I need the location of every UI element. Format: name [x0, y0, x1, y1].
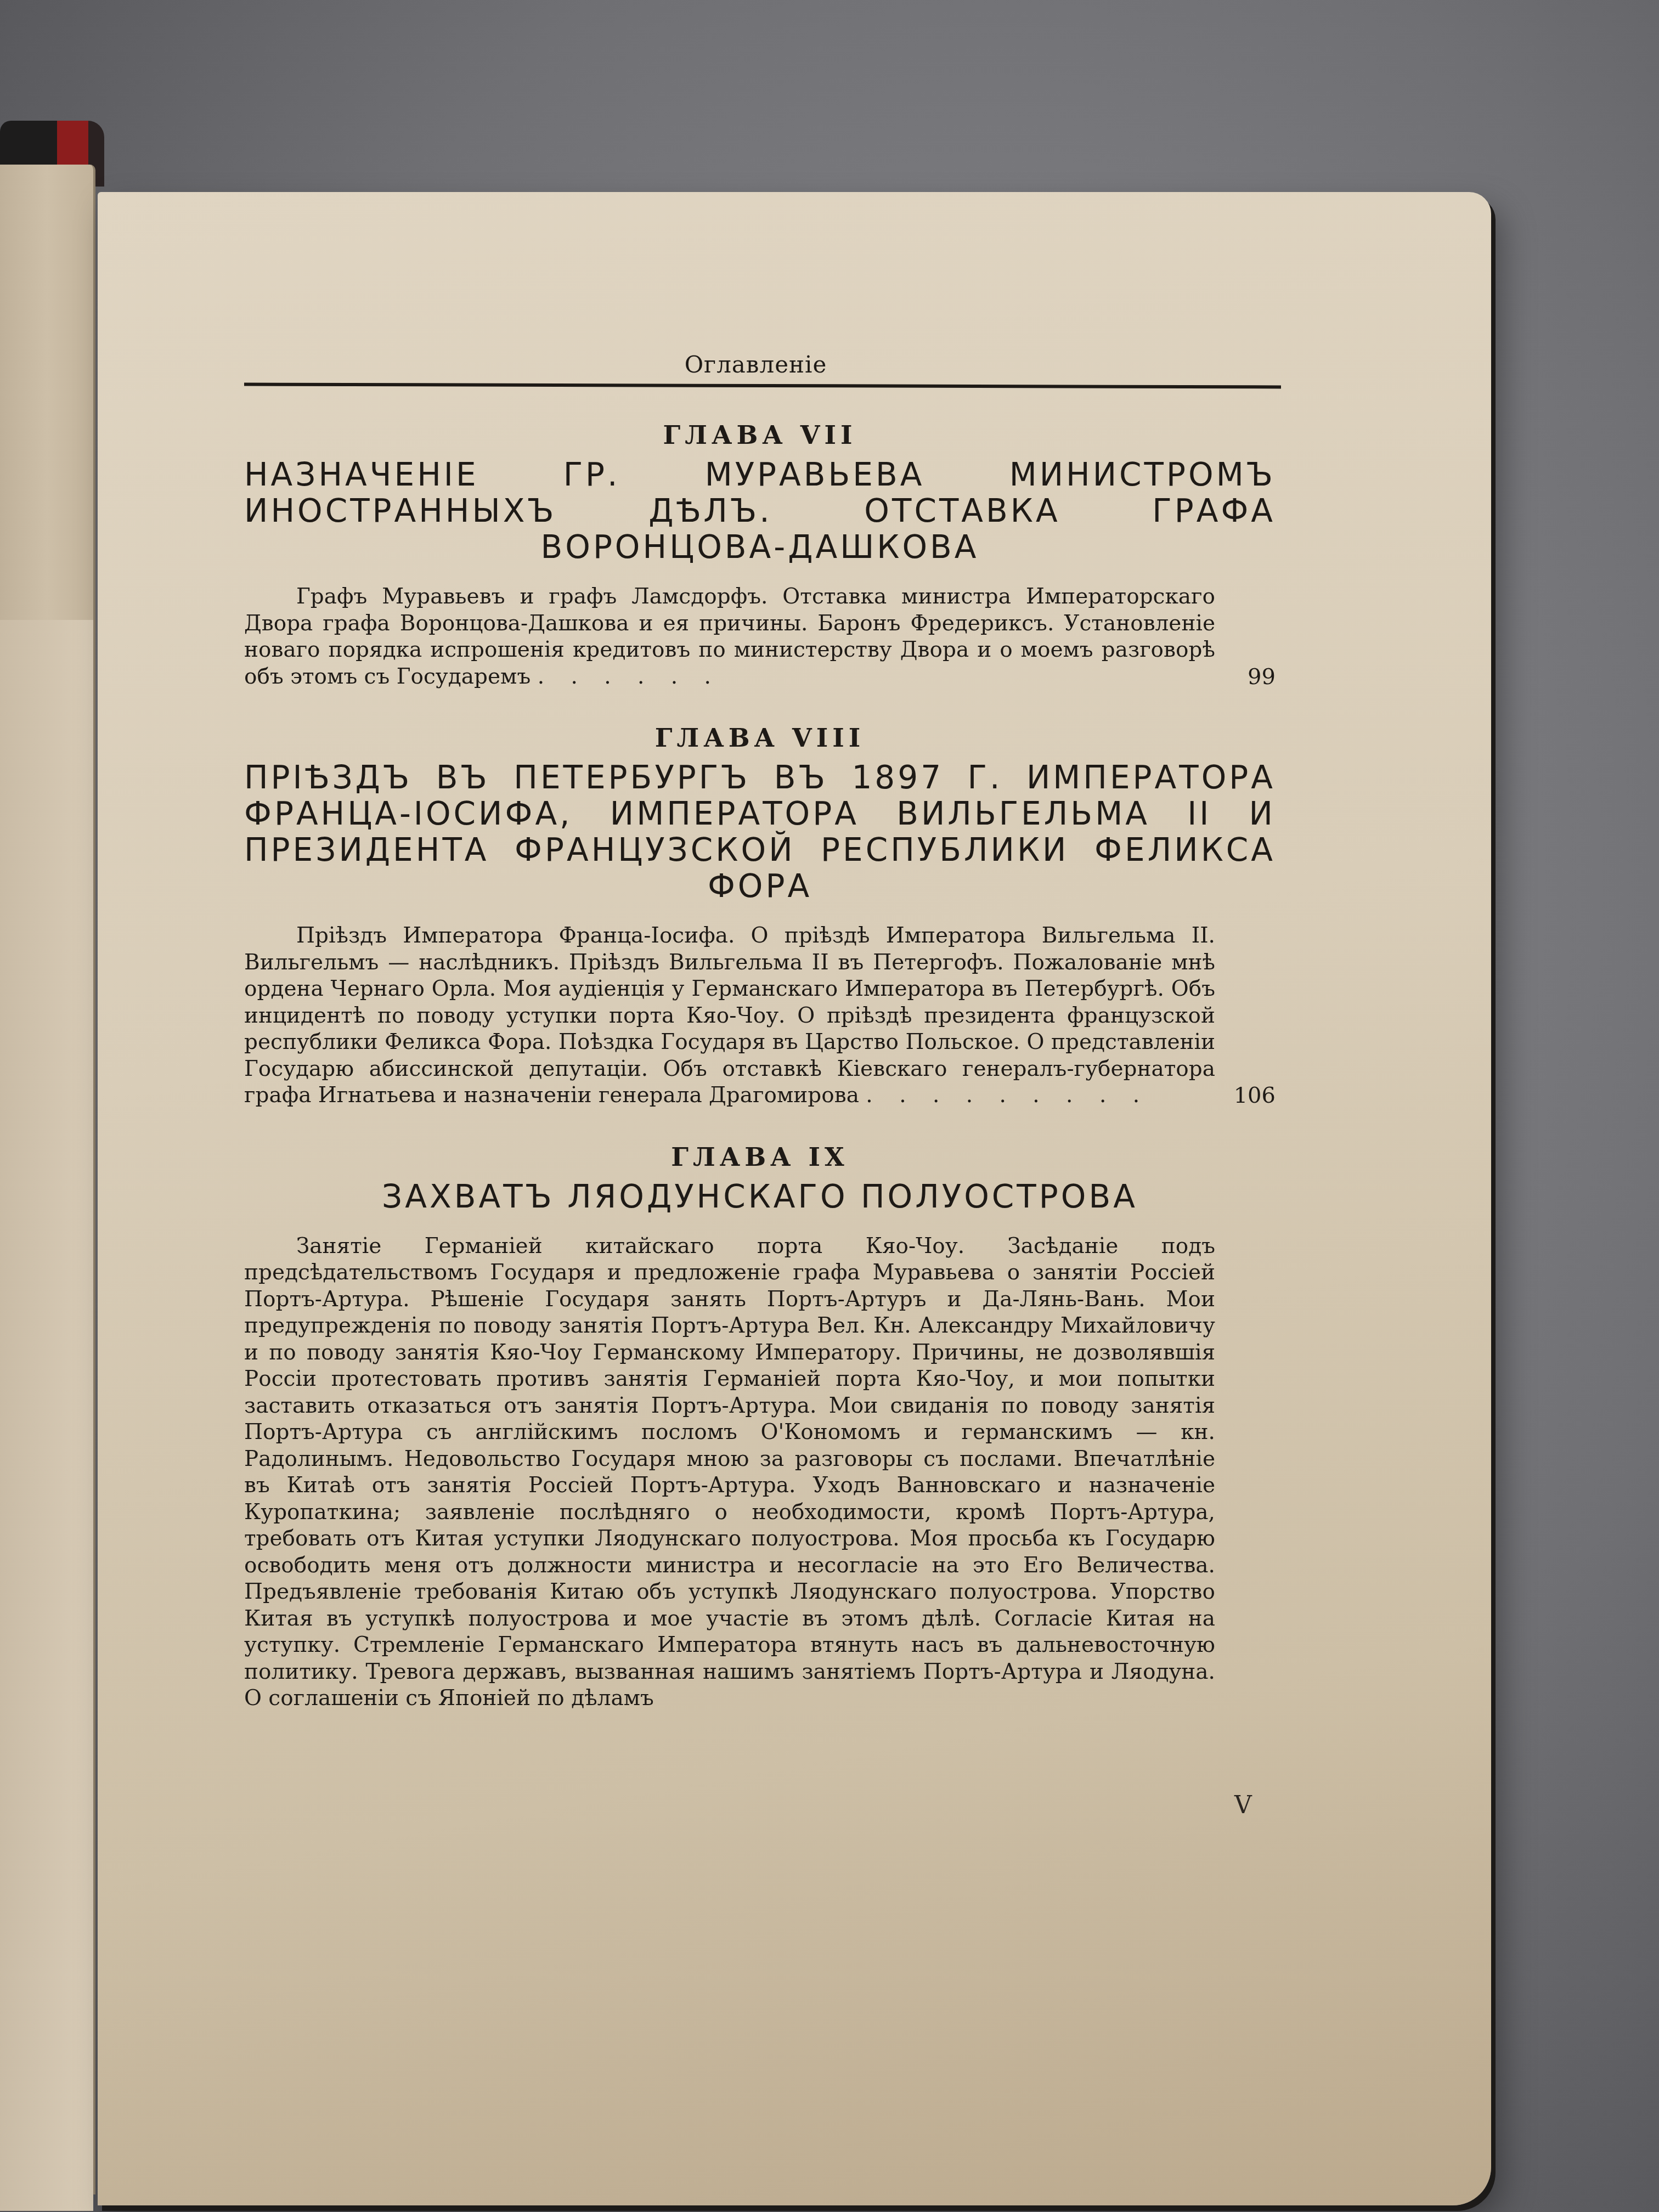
- folio-page-number: V: [1234, 1791, 1252, 1819]
- chapter-label: ГЛАВА IX: [244, 1142, 1276, 1172]
- chapter-title: ПРІѢЗДЪ ВЪ ПЕТЕРБУРГЪ ВЪ 1897 Г. ИМПЕРАТ…: [244, 759, 1276, 904]
- chapter-title: ЗАХВАТЪ ЛЯОДУНСКАГО ПОЛУОСТРОВА: [244, 1178, 1276, 1215]
- left-page-strip: [0, 620, 93, 2211]
- summary-text: Занятіе Германіей китайскаго порта Кяо-Ч…: [244, 1233, 1215, 1712]
- dot-leader: . . . . . .: [538, 664, 721, 689]
- chapter-summary: Пріѣздъ Императора Франца-Іосифа. О пріѣ…: [244, 923, 1215, 1109]
- chapter-summary: Графъ Муравьевъ и графъ Ламсдорфъ. Отста…: [244, 584, 1215, 690]
- chapter-label: ГЛАВА VII: [244, 420, 1276, 450]
- chapter-title: НАЗНАЧЕНІЕ ГР. МУРАВЬЕВА МИНИСТРОМЪ ИНОС…: [244, 456, 1276, 565]
- summary-text: Пріѣздъ Императора Франца-Іосифа. О пріѣ…: [244, 923, 1215, 1108]
- dot-leader: . . . . . . . . .: [866, 1083, 1149, 1108]
- table-of-contents: Оглавленіе ГЛАВА VII НАЗНАЧЕНІЕ ГР. МУРА…: [244, 346, 1276, 1712]
- chapter-9: ГЛАВА IX ЗАХВАТЪ ЛЯОДУНСКАГО ПОЛУОСТРОВА…: [244, 1142, 1276, 1712]
- summary-text: Графъ Муравьевъ и графъ Ламсдорфъ. Отста…: [244, 584, 1215, 689]
- chapter-summary: Занятіе Германіей китайскаго порта Кяо-Ч…: [244, 1233, 1215, 1712]
- running-head: Оглавленіе: [236, 346, 1276, 384]
- chapter-label: ГЛАВА VIII: [244, 723, 1276, 753]
- chapter-8: ГЛАВА VIII ПРІѢЗДЪ ВЪ ПЕТЕРБУРГЪ ВЪ 1897…: [244, 723, 1276, 1109]
- page-number: 99: [1248, 664, 1276, 691]
- chapter-7: ГЛАВА VII НАЗНАЧЕНІЕ ГР. МУРАВЬЕВА МИНИС…: [244, 420, 1276, 690]
- page-number: 106: [1234, 1082, 1276, 1109]
